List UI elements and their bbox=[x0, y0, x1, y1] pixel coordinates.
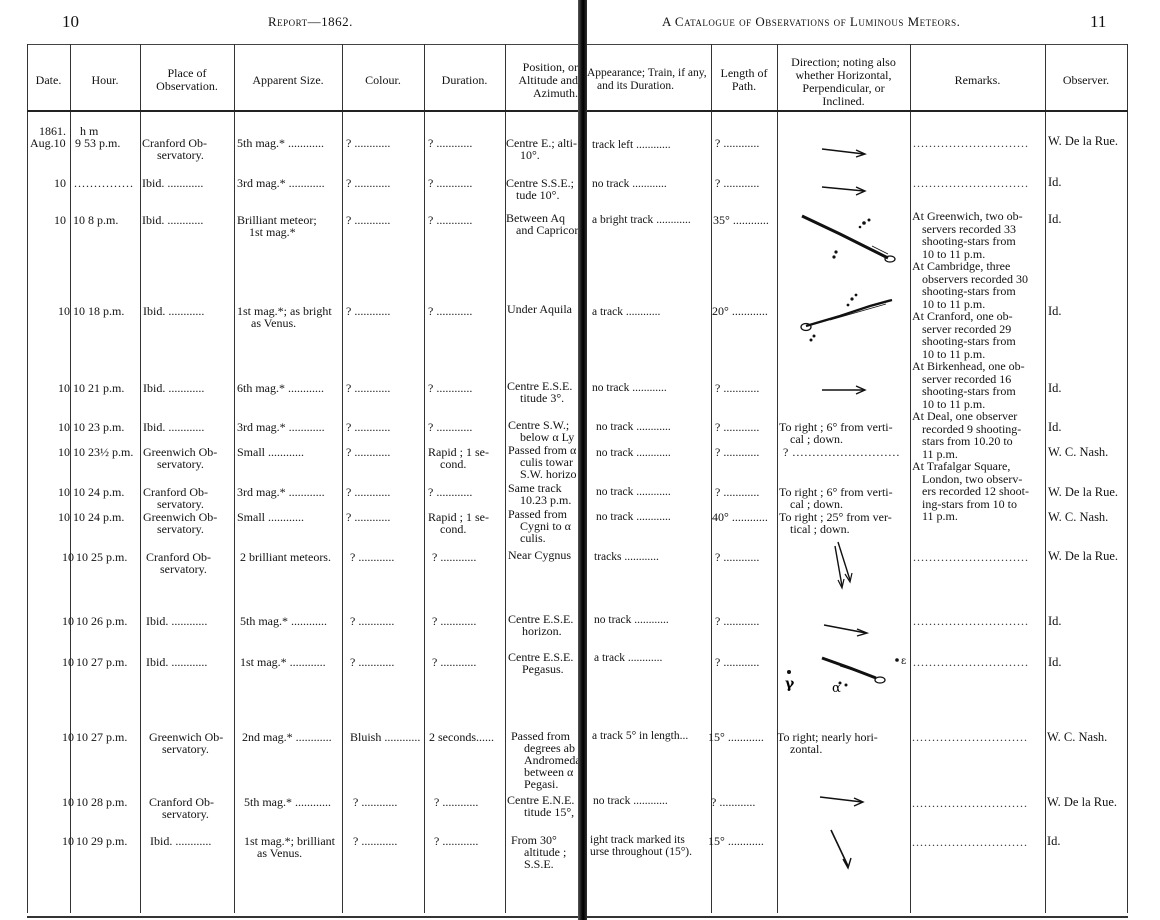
header-appearance: Appearance; Train, if any,and its Durati… bbox=[587, 50, 711, 110]
column-rule bbox=[711, 44, 712, 913]
colour-cell: ? bbox=[350, 551, 394, 564]
duration-cell: ? bbox=[432, 656, 476, 669]
size-cell: 3rd mag.* bbox=[237, 177, 325, 190]
position-cell: 10.23 p.m. bbox=[520, 494, 571, 507]
place-cell: servatory. bbox=[162, 808, 209, 821]
header-date: Date. bbox=[27, 50, 70, 110]
place-cell: Ibid. bbox=[143, 421, 204, 434]
size-cell: 1st mag.* bbox=[249, 226, 296, 239]
position-cell: below α Ly bbox=[520, 431, 574, 444]
size-cell: 5th mag.* bbox=[240, 615, 327, 628]
length-cell: ? bbox=[715, 446, 759, 459]
hour-cell: 10 18 p.m. bbox=[73, 305, 124, 318]
length-cell: 35° bbox=[713, 214, 769, 227]
length-cell: ? bbox=[715, 421, 759, 434]
position-cell: Near Cygnus bbox=[508, 549, 571, 562]
length-cell: ? bbox=[715, 177, 759, 190]
remark-cambridge: At Cambridge, threeobservers recorded 30… bbox=[912, 260, 1042, 310]
size-cell: as Venus. bbox=[251, 317, 296, 330]
observer-cell: W. C. Nash. bbox=[1048, 511, 1108, 524]
date-cell: 10 bbox=[62, 615, 74, 628]
length-cell: ? bbox=[715, 486, 759, 499]
duration-cell: 2 seconds...... bbox=[429, 731, 494, 744]
size-cell: 6th mag.* bbox=[237, 382, 324, 395]
hour-dots: ............... bbox=[74, 177, 134, 190]
colour-cell: ? bbox=[346, 177, 390, 190]
hour-cell: 10 27 p.m. bbox=[76, 656, 127, 669]
left-page-number: 10 bbox=[62, 12, 79, 32]
remarks-dots: ............................. bbox=[913, 615, 1029, 628]
direction-cell: tical ; down. bbox=[790, 523, 850, 536]
appearance-cell: a track 5° in length... bbox=[592, 730, 688, 743]
place-cell: servatory. bbox=[157, 149, 204, 162]
remarks-dots: ............................. bbox=[912, 836, 1028, 849]
length-cell: 15° bbox=[708, 835, 764, 848]
observer-cell: W. De la Rue. bbox=[1048, 135, 1118, 148]
duration-cell: ? bbox=[428, 486, 472, 499]
meteor-sketch-pegasus-icon: ε γ α bbox=[780, 650, 908, 698]
date-cell: 10 bbox=[58, 305, 70, 318]
header-length: Length ofPath. bbox=[711, 50, 777, 110]
meteor-sketch-icon bbox=[800, 292, 900, 342]
duration-cell: ? bbox=[428, 421, 472, 434]
date-cell: Aug.10 bbox=[30, 137, 66, 150]
position-cell: tude 10°. bbox=[516, 189, 559, 202]
direction-cell: ? ........................... bbox=[783, 446, 900, 459]
appearance-cell: a track bbox=[592, 306, 660, 319]
appearance-cell: a bright track bbox=[592, 214, 691, 227]
duration-cell: ? bbox=[432, 615, 476, 628]
header-place: Place ofObservation. bbox=[140, 50, 234, 110]
remarks-dots: ............................. bbox=[912, 731, 1028, 744]
arrow-right-icon bbox=[818, 794, 868, 808]
size-cell: 3rd mag.* bbox=[237, 421, 325, 434]
observer-cell: W. De la Rue. bbox=[1047, 796, 1117, 809]
colour-cell: ? bbox=[346, 214, 390, 227]
svg-text:α: α bbox=[832, 681, 841, 696]
date-cell: 10 bbox=[58, 486, 70, 499]
colour-cell: ? bbox=[346, 137, 390, 150]
hour-cell: 10 28 p.m. bbox=[76, 796, 127, 809]
date-cell: 10 bbox=[62, 835, 74, 848]
colour-cell: ? bbox=[346, 382, 390, 395]
header-observer: Observer. bbox=[1045, 50, 1127, 110]
direction-cell: zontal. bbox=[790, 743, 822, 756]
colour-cell: Bluish bbox=[350, 731, 420, 744]
hour-cell: 10 21 p.m. bbox=[73, 382, 124, 395]
hour-cell: 10 29 p.m. bbox=[76, 835, 127, 848]
remarks-dots: ............................. bbox=[913, 177, 1029, 190]
size-cell: Small bbox=[237, 446, 304, 459]
date-cell: 10 bbox=[62, 731, 74, 744]
column-rule bbox=[1127, 44, 1128, 913]
hour-cell: 10 25 p.m. bbox=[76, 551, 127, 564]
remarks-dots: ............................. bbox=[913, 656, 1029, 669]
header-duration: Duration. bbox=[424, 50, 505, 110]
place-cell: Ibid. bbox=[150, 835, 211, 848]
length-cell: 20° bbox=[712, 305, 768, 318]
position-cell: titude 3°. bbox=[520, 392, 564, 405]
column-rule bbox=[234, 44, 235, 913]
remark-cranford: At Cranford, one ob-server recorded 29sh… bbox=[912, 310, 1042, 360]
date-cell: 10 bbox=[62, 656, 74, 669]
position-cell: Under Aquila bbox=[507, 303, 572, 316]
position-cell: Pegasus. bbox=[522, 663, 564, 676]
date-cell: 10 bbox=[58, 511, 70, 524]
observer-cell: Id. bbox=[1048, 615, 1062, 628]
arrow-right-icon bbox=[820, 183, 870, 197]
header-hour: Hour. bbox=[70, 50, 140, 110]
date-cell: 10 bbox=[58, 421, 70, 434]
hour-cell: 10 26 p.m. bbox=[76, 615, 127, 628]
hour-cell: 10 24 p.m. bbox=[73, 511, 124, 524]
observer-cell: Id. bbox=[1048, 382, 1062, 395]
duration-cell: cond. bbox=[440, 523, 466, 536]
observer-cell: W. De la Rue. bbox=[1048, 550, 1118, 563]
date-cell: 10 bbox=[62, 551, 74, 564]
size-cell: 5th mag.* bbox=[244, 796, 331, 809]
colour-cell: ? bbox=[346, 511, 390, 524]
hour-cell: 10 23 p.m. bbox=[73, 421, 124, 434]
position-cell: culis. bbox=[520, 532, 546, 545]
size-cell: as Venus. bbox=[257, 847, 302, 860]
place-cell: Ibid. bbox=[142, 177, 203, 190]
header-position: Position, orAltitude andAzimuth. bbox=[505, 50, 578, 110]
position-cell: horizon. bbox=[522, 625, 562, 638]
svg-text:ε: ε bbox=[901, 656, 906, 667]
appearance-cell: no track bbox=[596, 511, 671, 524]
position-cell: S.W. horizo bbox=[520, 468, 577, 481]
place-cell: servatory. bbox=[157, 498, 204, 511]
remarks-dots: ............................. bbox=[913, 137, 1029, 150]
position-cell: Pegasi. bbox=[524, 778, 558, 791]
appearance-cell: no track bbox=[593, 795, 668, 808]
length-cell: 40° bbox=[712, 511, 768, 524]
colour-cell: ? bbox=[346, 305, 390, 318]
header-remarks: Remarks. bbox=[910, 50, 1045, 110]
appearance-cell: no track bbox=[592, 178, 667, 191]
size-cell: 3rd mag.* bbox=[237, 486, 325, 499]
appearance-cell: no track bbox=[596, 486, 671, 499]
column-rule bbox=[777, 44, 778, 913]
right-page-number: 11 bbox=[1090, 12, 1106, 32]
length-cell: ? bbox=[715, 656, 759, 669]
remark-deal: At Deal, one observerrecorded 9 shooting… bbox=[912, 410, 1042, 460]
position-cell: 10°. bbox=[520, 149, 540, 162]
duration-cell: ? bbox=[428, 177, 472, 190]
hour-cell: 10 23½ p.m. bbox=[73, 446, 133, 459]
observer-cell: Id. bbox=[1048, 656, 1062, 669]
date-cell: 10 bbox=[54, 177, 66, 190]
colour-cell: ? bbox=[350, 615, 394, 628]
observer-cell: Id. bbox=[1048, 213, 1062, 226]
appearance-cell: ight track marked its bbox=[590, 834, 685, 847]
duration-cell: ? bbox=[434, 835, 478, 848]
column-rule bbox=[1045, 44, 1046, 913]
size-cell: 5th mag.* bbox=[237, 137, 324, 150]
length-cell: ? bbox=[715, 382, 759, 395]
place-cell: servatory. bbox=[162, 743, 209, 756]
date-cell: 10 bbox=[58, 446, 70, 459]
colour-cell: ? bbox=[350, 656, 394, 669]
colour-cell: ? bbox=[346, 421, 390, 434]
hour-cell: 10 27 p.m. bbox=[76, 731, 127, 744]
duration-cell: ? bbox=[434, 796, 478, 809]
appearance-cell: no track bbox=[596, 421, 671, 434]
date-cell: 10 bbox=[58, 382, 70, 395]
two-arrows-down-icon bbox=[830, 540, 860, 590]
length-cell: ? bbox=[715, 551, 759, 564]
observer-cell: Id. bbox=[1048, 305, 1062, 318]
column-rule bbox=[910, 44, 911, 913]
length-cell: ? bbox=[715, 615, 759, 628]
size-cell: Small bbox=[237, 511, 304, 524]
size-cell: 2 brilliant meteors. bbox=[240, 551, 331, 564]
header-apparent-size: Apparent Size. bbox=[234, 50, 342, 110]
position-cell: S.S.E. bbox=[524, 858, 554, 871]
header-direction: Direction; noting alsowhether Horizontal… bbox=[777, 52, 910, 112]
date-cell: 10 bbox=[62, 796, 74, 809]
hour-cell: 10 8 p.m. bbox=[73, 214, 118, 227]
arrow-right-icon bbox=[820, 145, 870, 159]
place-cell: servatory. bbox=[160, 563, 207, 576]
duration-cell: ? bbox=[428, 382, 472, 395]
book-gutter bbox=[578, 0, 587, 920]
observer-cell: W. C. Nash. bbox=[1047, 731, 1107, 744]
duration-cell: ? bbox=[428, 137, 472, 150]
appearance-cell: no track bbox=[596, 447, 671, 460]
remark-birkenhead: At Birkenhead, one ob-server recorded 16… bbox=[912, 360, 1042, 410]
date-cell: 10 bbox=[54, 214, 66, 227]
header-rule-left bbox=[27, 110, 578, 112]
remark-trafalgar: At Trafalgar Square,London, two observ-e… bbox=[912, 460, 1042, 523]
hour-cell: 10 24 p.m. bbox=[73, 486, 124, 499]
colour-cell: ? bbox=[353, 796, 397, 809]
column-rule bbox=[505, 44, 506, 913]
colour-cell: ? bbox=[346, 486, 390, 499]
svg-text:γ: γ bbox=[785, 676, 795, 692]
colour-cell: ? bbox=[346, 446, 390, 459]
observer-cell: W. De la Rue. bbox=[1048, 486, 1118, 499]
observer-cell: Id. bbox=[1048, 421, 1062, 434]
duration-cell: ? bbox=[432, 551, 476, 564]
colour-cell: ? bbox=[353, 835, 397, 848]
header-colour: Colour. bbox=[342, 50, 424, 110]
position-cell: Centre E.; alti- bbox=[506, 137, 577, 150]
duration-cell: ? bbox=[428, 305, 472, 318]
place-cell: Ibid. bbox=[146, 615, 207, 628]
length-cell: ? bbox=[711, 796, 755, 809]
remarks-block: At Greenwich, two ob-servers recorded 33… bbox=[912, 210, 1042, 523]
left-running-head: Report—1862. bbox=[268, 14, 353, 30]
place-cell: servatory. bbox=[157, 523, 204, 536]
arrow-down-right-icon bbox=[828, 828, 856, 872]
position-cell: titude 15°, bbox=[524, 806, 574, 819]
direction-cell: cal ; down. bbox=[790, 433, 843, 446]
duration-cell: ? bbox=[428, 214, 472, 227]
appearance-cell: tracks bbox=[594, 551, 659, 564]
remarks-dots: ............................. bbox=[913, 551, 1029, 564]
observer-cell: W. C. Nash. bbox=[1048, 446, 1108, 459]
column-rule bbox=[27, 44, 28, 913]
place-cell: servatory. bbox=[157, 458, 204, 471]
arrow-right-icon bbox=[820, 384, 870, 396]
size-cell: 1st mag.* bbox=[240, 656, 326, 669]
direction-cell: cal ; down. bbox=[790, 498, 843, 511]
place-cell: Ibid. bbox=[143, 305, 204, 318]
column-rule bbox=[424, 44, 425, 913]
column-rule bbox=[70, 44, 71, 913]
right-running-head: A Catalogue of Observations of Luminous … bbox=[662, 14, 960, 30]
place-cell: Ibid. bbox=[143, 382, 204, 395]
length-cell: ? bbox=[715, 137, 759, 150]
appearance-cell: no track bbox=[594, 614, 669, 627]
duration-cell: cond. bbox=[440, 458, 466, 471]
length-cell: 15° bbox=[708, 731, 764, 744]
meteor-sketch-icon bbox=[800, 210, 900, 270]
appearance-cell: track left bbox=[592, 139, 671, 152]
size-cell: 2nd mag.* bbox=[242, 731, 332, 744]
position-cell: and Capricor bbox=[516, 224, 578, 237]
column-rule bbox=[140, 44, 141, 913]
observer-cell: Id. bbox=[1047, 835, 1061, 848]
observer-cell: Id. bbox=[1048, 176, 1062, 189]
hour-cell: 9 53 p.m. bbox=[75, 137, 120, 150]
appearance-cell: no track bbox=[592, 382, 667, 395]
column-rule bbox=[342, 44, 343, 913]
arrow-right-icon bbox=[822, 622, 872, 638]
place-cell: Ibid. bbox=[142, 214, 203, 227]
place-cell: Ibid. bbox=[146, 656, 207, 669]
remarks-dots: ............................. bbox=[912, 797, 1028, 810]
appearance-cell: urse throughout (15°). bbox=[590, 846, 692, 859]
appearance-cell: a track bbox=[594, 652, 662, 665]
remark-greenwich: At Greenwich, two ob-servers recorded 33… bbox=[912, 210, 1042, 260]
